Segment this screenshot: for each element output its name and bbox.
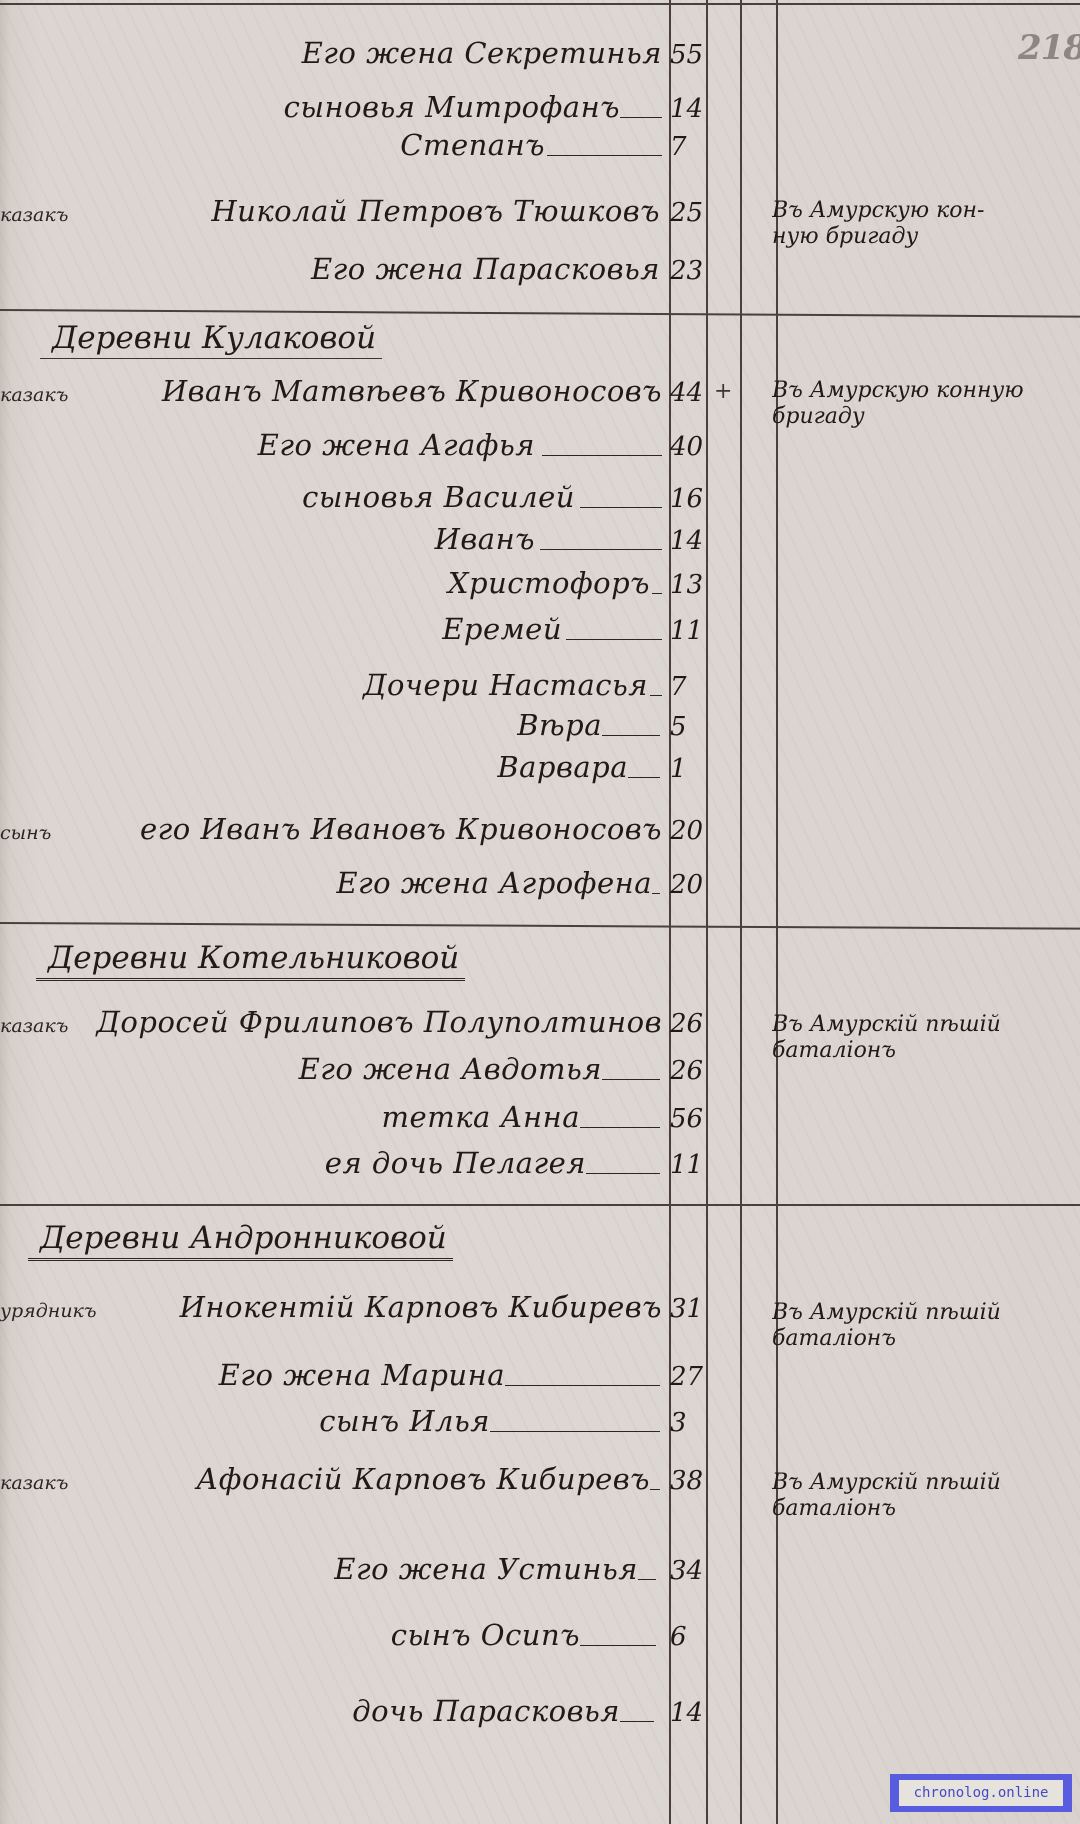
ledger-page: 218 Его жена Секретинья 55 сыновья Митро… xyxy=(0,0,1080,1824)
age: 31 xyxy=(670,1294,704,1324)
record-row: Его жена Секретинья 55 xyxy=(0,36,1080,76)
person-name: дочь Парасковья xyxy=(352,1694,620,1728)
record-row: Еремей 11 xyxy=(0,612,1080,652)
rank-label: казакъ xyxy=(0,1472,68,1494)
person-name: Иванъ Матвѣевъ Кривоносовъ xyxy=(162,374,662,408)
remark-text: Въ Амурскую кон- ную бригаду xyxy=(772,198,1080,250)
plus-mark: + xyxy=(714,379,732,404)
person-name: Степанъ xyxy=(400,128,545,162)
person-name: Иванъ xyxy=(435,522,535,556)
age: 6 xyxy=(670,1622,704,1652)
person-name: Его жена Агафья xyxy=(258,428,535,462)
record-row: сынъ его Иванъ Ивановъ Кривоносовъ 20 xyxy=(0,812,1080,852)
age: 26 xyxy=(670,1056,704,1086)
age: 7 xyxy=(670,132,704,162)
age: 38 xyxy=(670,1466,704,1496)
person-name: Его жена Парасковья xyxy=(311,252,660,286)
person-name: Дочери Настасья xyxy=(363,668,648,702)
record-row: сынъ Осипъ 6 xyxy=(0,1618,1080,1658)
person-name: Его жена Агрофена xyxy=(336,866,652,900)
person-name: его Иванъ Ивановъ Кривоносовъ xyxy=(140,812,662,846)
rank-label: урядникъ xyxy=(0,1300,97,1322)
age: 34 xyxy=(670,1556,704,1586)
age: 40 xyxy=(670,432,704,462)
section-divider xyxy=(0,922,1080,929)
rank-label: казакъ xyxy=(0,204,68,226)
record-row: ея дочь Пелагея 11 xyxy=(0,1146,1080,1186)
record-row: тетка Анна 56 xyxy=(0,1100,1080,1140)
rank-label: казакъ xyxy=(0,384,68,406)
person-name: Его жена Марина xyxy=(219,1358,505,1392)
age: 56 xyxy=(670,1104,704,1134)
age: 23 xyxy=(670,256,704,286)
age: 26 xyxy=(670,1009,704,1039)
person-name: Вѣра xyxy=(517,708,602,742)
age: 11 xyxy=(670,1150,704,1180)
person-name: сынъ Илья xyxy=(319,1404,490,1438)
record-row: Степанъ 7 xyxy=(0,128,1080,168)
age: 25 xyxy=(670,198,704,228)
village-heading: Деревни Андронниковой xyxy=(28,1220,453,1261)
record-row: Варвара 1 xyxy=(0,750,1080,790)
record-row: сыновья Василей 16 xyxy=(0,480,1080,520)
age: 55 xyxy=(670,40,704,70)
section-divider xyxy=(0,309,1080,317)
record-row: Его жена Марина 27 xyxy=(0,1358,1080,1398)
record-row: Его жена Агафья 40 xyxy=(0,428,1080,468)
record-row: Его жена Авдотья 26 xyxy=(0,1052,1080,1092)
record-row: Его жена Агрофена 20 xyxy=(0,866,1080,906)
record-row: Его жена Устинья 34 xyxy=(0,1552,1080,1592)
person-name: Его жена Устинья xyxy=(334,1552,638,1586)
rank-label: казакъ xyxy=(0,1015,68,1037)
person-name: ея дочь Пелагея xyxy=(325,1146,586,1180)
person-name: Доросей Фрилиповъ Полуполтинов xyxy=(96,1005,662,1039)
remark-text: Въ Амурскій пѣшій баталіонъ xyxy=(772,1470,1080,1522)
rank-label: сынъ xyxy=(0,822,51,844)
person-name: Еремей xyxy=(442,612,562,646)
age: 14 xyxy=(670,1698,704,1728)
person-name: Его жена Авдотья xyxy=(299,1052,602,1086)
record-row: Вѣра 5 xyxy=(0,708,1080,748)
person-name: тетка Анна xyxy=(382,1100,580,1134)
village-heading: Деревни Котельниковой xyxy=(36,940,465,981)
record-row: Дочери Настасья 7 xyxy=(0,668,1080,708)
record-row: сынъ Илья 3 xyxy=(0,1404,1080,1444)
section-divider xyxy=(0,1204,1080,1206)
person-name: сыновья Митрофанъ xyxy=(284,90,620,124)
record-row: Иванъ 14 xyxy=(0,522,1080,562)
remark-text: Въ Амурскій пѣшій баталіонъ xyxy=(772,1300,1080,1352)
person-name: Варвара xyxy=(497,750,628,784)
age: 20 xyxy=(670,816,704,846)
age: 14 xyxy=(670,94,704,124)
person-name: Христофоръ xyxy=(448,566,650,600)
remark-text: Въ Амурскую конную бригаду xyxy=(772,378,1080,430)
watermark-badge: chronolog.online xyxy=(890,1774,1072,1812)
person-name: сыновья Василей xyxy=(302,480,575,514)
person-name: Инокентій Карповъ Кибиревъ xyxy=(180,1290,662,1324)
person-name: Николай Петровъ Тюшковъ xyxy=(211,194,660,228)
age: 13 xyxy=(670,570,704,600)
record-row: Христофоръ 13 xyxy=(0,566,1080,606)
age: 7 xyxy=(670,672,704,702)
person-name: Его жена Секретинья xyxy=(302,36,662,70)
record-row: сыновья Митрофанъ 14 xyxy=(0,90,1080,130)
person-name: сынъ Осипъ xyxy=(391,1618,580,1652)
person-name: Афонасій Карповъ Кибиревъ xyxy=(196,1462,650,1496)
top-rule xyxy=(0,3,1080,5)
age: 1 xyxy=(670,754,704,784)
record-row: Его жена Парасковья 23 xyxy=(0,252,1080,292)
age: 11 xyxy=(670,616,704,646)
age: 20 xyxy=(670,870,704,900)
village-heading: Деревни Кулаковой xyxy=(40,320,382,359)
age: 27 xyxy=(670,1362,704,1392)
age: 3 xyxy=(670,1408,704,1438)
age: 5 xyxy=(670,712,704,742)
age: 44 xyxy=(670,378,704,408)
watermark-text: chronolog.online xyxy=(899,1780,1063,1806)
record-row: дочь Парасковья 14 xyxy=(0,1694,1080,1734)
age: 14 xyxy=(670,526,704,556)
age: 16 xyxy=(670,484,704,514)
